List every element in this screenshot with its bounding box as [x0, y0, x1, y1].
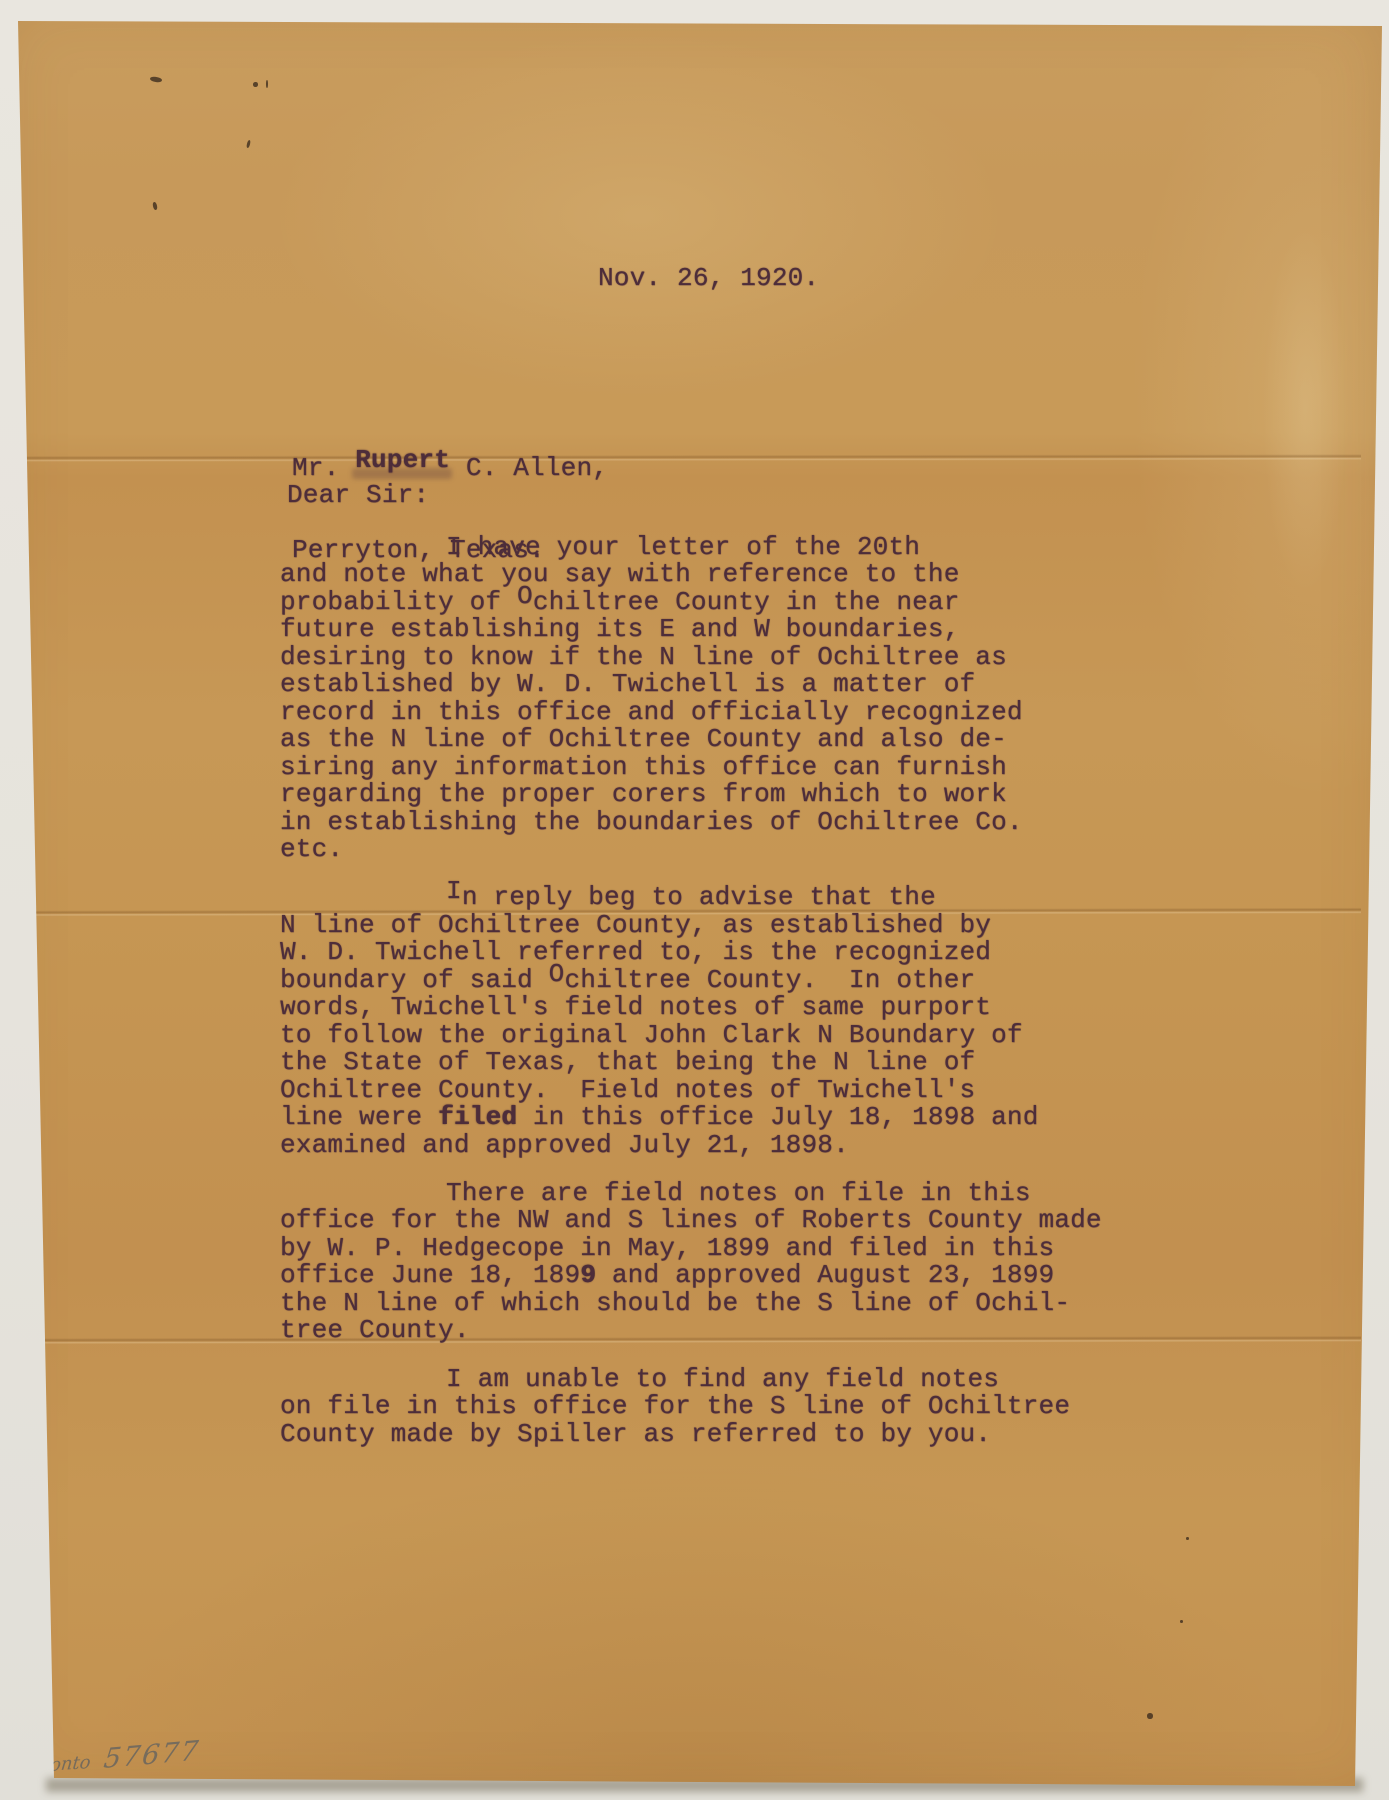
letter-line: the State of Texas, that being the N lin… [280, 1049, 1360, 1076]
letter-line: probability of Ochiltree County in the n… [280, 589, 1360, 616]
letter-line: as the N line of Ochiltree County and al… [280, 726, 1360, 753]
recipient-overtyped-name: Rupert [355, 447, 450, 474]
letter-line: office for the NW and S lines of Roberts… [280, 1207, 1360, 1234]
paper-speck [1147, 1713, 1153, 1719]
letter-line: N line of Ochiltree County, as establish… [280, 912, 1360, 939]
letter-paragraph: I am unable to find any field noteson fi… [280, 1366, 1360, 1448]
letter-paper: Nov. 26, 1920. Mr. Rupert C. Allen, Perr… [0, 0, 1389, 1800]
paper-speck [253, 82, 258, 87]
scanned-letter-canvas: Nov. 26, 1920. Mr. Rupert C. Allen, Perr… [0, 0, 1389, 1800]
letter-line: W. D. Twichell referred to, is the recog… [280, 939, 1360, 966]
paper-speck [150, 76, 163, 83]
letter-paragraph: There are field notes on file in thisoff… [280, 1180, 1360, 1345]
letter-line: future establishing its E and W boundari… [280, 616, 1360, 643]
paper-speck [246, 140, 251, 148]
letter-line: words, Twichell's field notes of same pu… [280, 994, 1360, 1021]
letter-line: on file in this office for the S line of… [280, 1393, 1360, 1420]
letter-line: and note what you say with reference to … [280, 561, 1360, 588]
letter-line: line were filed in this office July 18, … [280, 1104, 1360, 1131]
letter-line: Ochiltree County. Field notes of Twichel… [280, 1077, 1360, 1104]
paper-speck [152, 202, 158, 211]
letter-line: boundary of said Ochiltree County. In ot… [280, 967, 1360, 994]
letter-line: County made by Spiller as referred to by… [280, 1421, 1360, 1448]
annotation-number: 57677 [102, 1735, 202, 1775]
letter-line: by W. P. Hedgecope in May, 1899 and file… [280, 1235, 1360, 1262]
letter-line: the N line of which should be the S line… [280, 1290, 1360, 1317]
letter-line: etc. [280, 836, 1360, 863]
letter-line: I am unable to find any field notes [446, 1366, 1360, 1393]
letter-paragraph: In reply beg to advise that theN line of… [280, 884, 1360, 1159]
letter-line: established by W. D. Twichell is a matte… [280, 671, 1360, 698]
letter-line: examined and approved July 21, 1898. [280, 1132, 1360, 1159]
recipient-name-line: Mr. Rupert C. Allen, [292, 455, 608, 482]
letter-line: I have your letter of the 20th [446, 534, 1360, 561]
letter-line: to follow the original John Clark N Boun… [280, 1022, 1360, 1049]
archive-annotation: Conto 57677 [35, 1736, 201, 1778]
letter-line: siring any information this office can f… [280, 754, 1360, 781]
letter-line: office June 18, 1899 and approved August… [280, 1262, 1360, 1289]
recipient-prefix: Mr. [292, 453, 355, 483]
paper-speck [1180, 1620, 1183, 1623]
letter-line: tree County. [280, 1317, 1360, 1344]
letter-paragraph: I have your letter of the 20thand note w… [280, 534, 1360, 863]
paper-speck [266, 80, 268, 88]
letter-line: In reply beg to advise that the [446, 884, 1360, 911]
recipient-name-rest: C. Allen, [450, 453, 608, 483]
letter-line: record in this office and officially rec… [280, 699, 1360, 726]
paper-speck [1186, 1537, 1189, 1540]
letter-date: Nov. 26, 1920. [598, 265, 819, 292]
salutation: Dear Sir: [287, 482, 429, 509]
letter-line: desiring to know if the N line of Ochilt… [280, 644, 1360, 671]
letter-line: in establishing the boundaries of Ochilt… [280, 809, 1360, 836]
letter-body: I have your letter of the 20thand note w… [280, 534, 1360, 1469]
letter-line: There are field notes on file in this [446, 1180, 1360, 1207]
letter-line: regarding the proper corers from which t… [280, 781, 1360, 808]
fold-crease-top [22, 454, 1361, 462]
